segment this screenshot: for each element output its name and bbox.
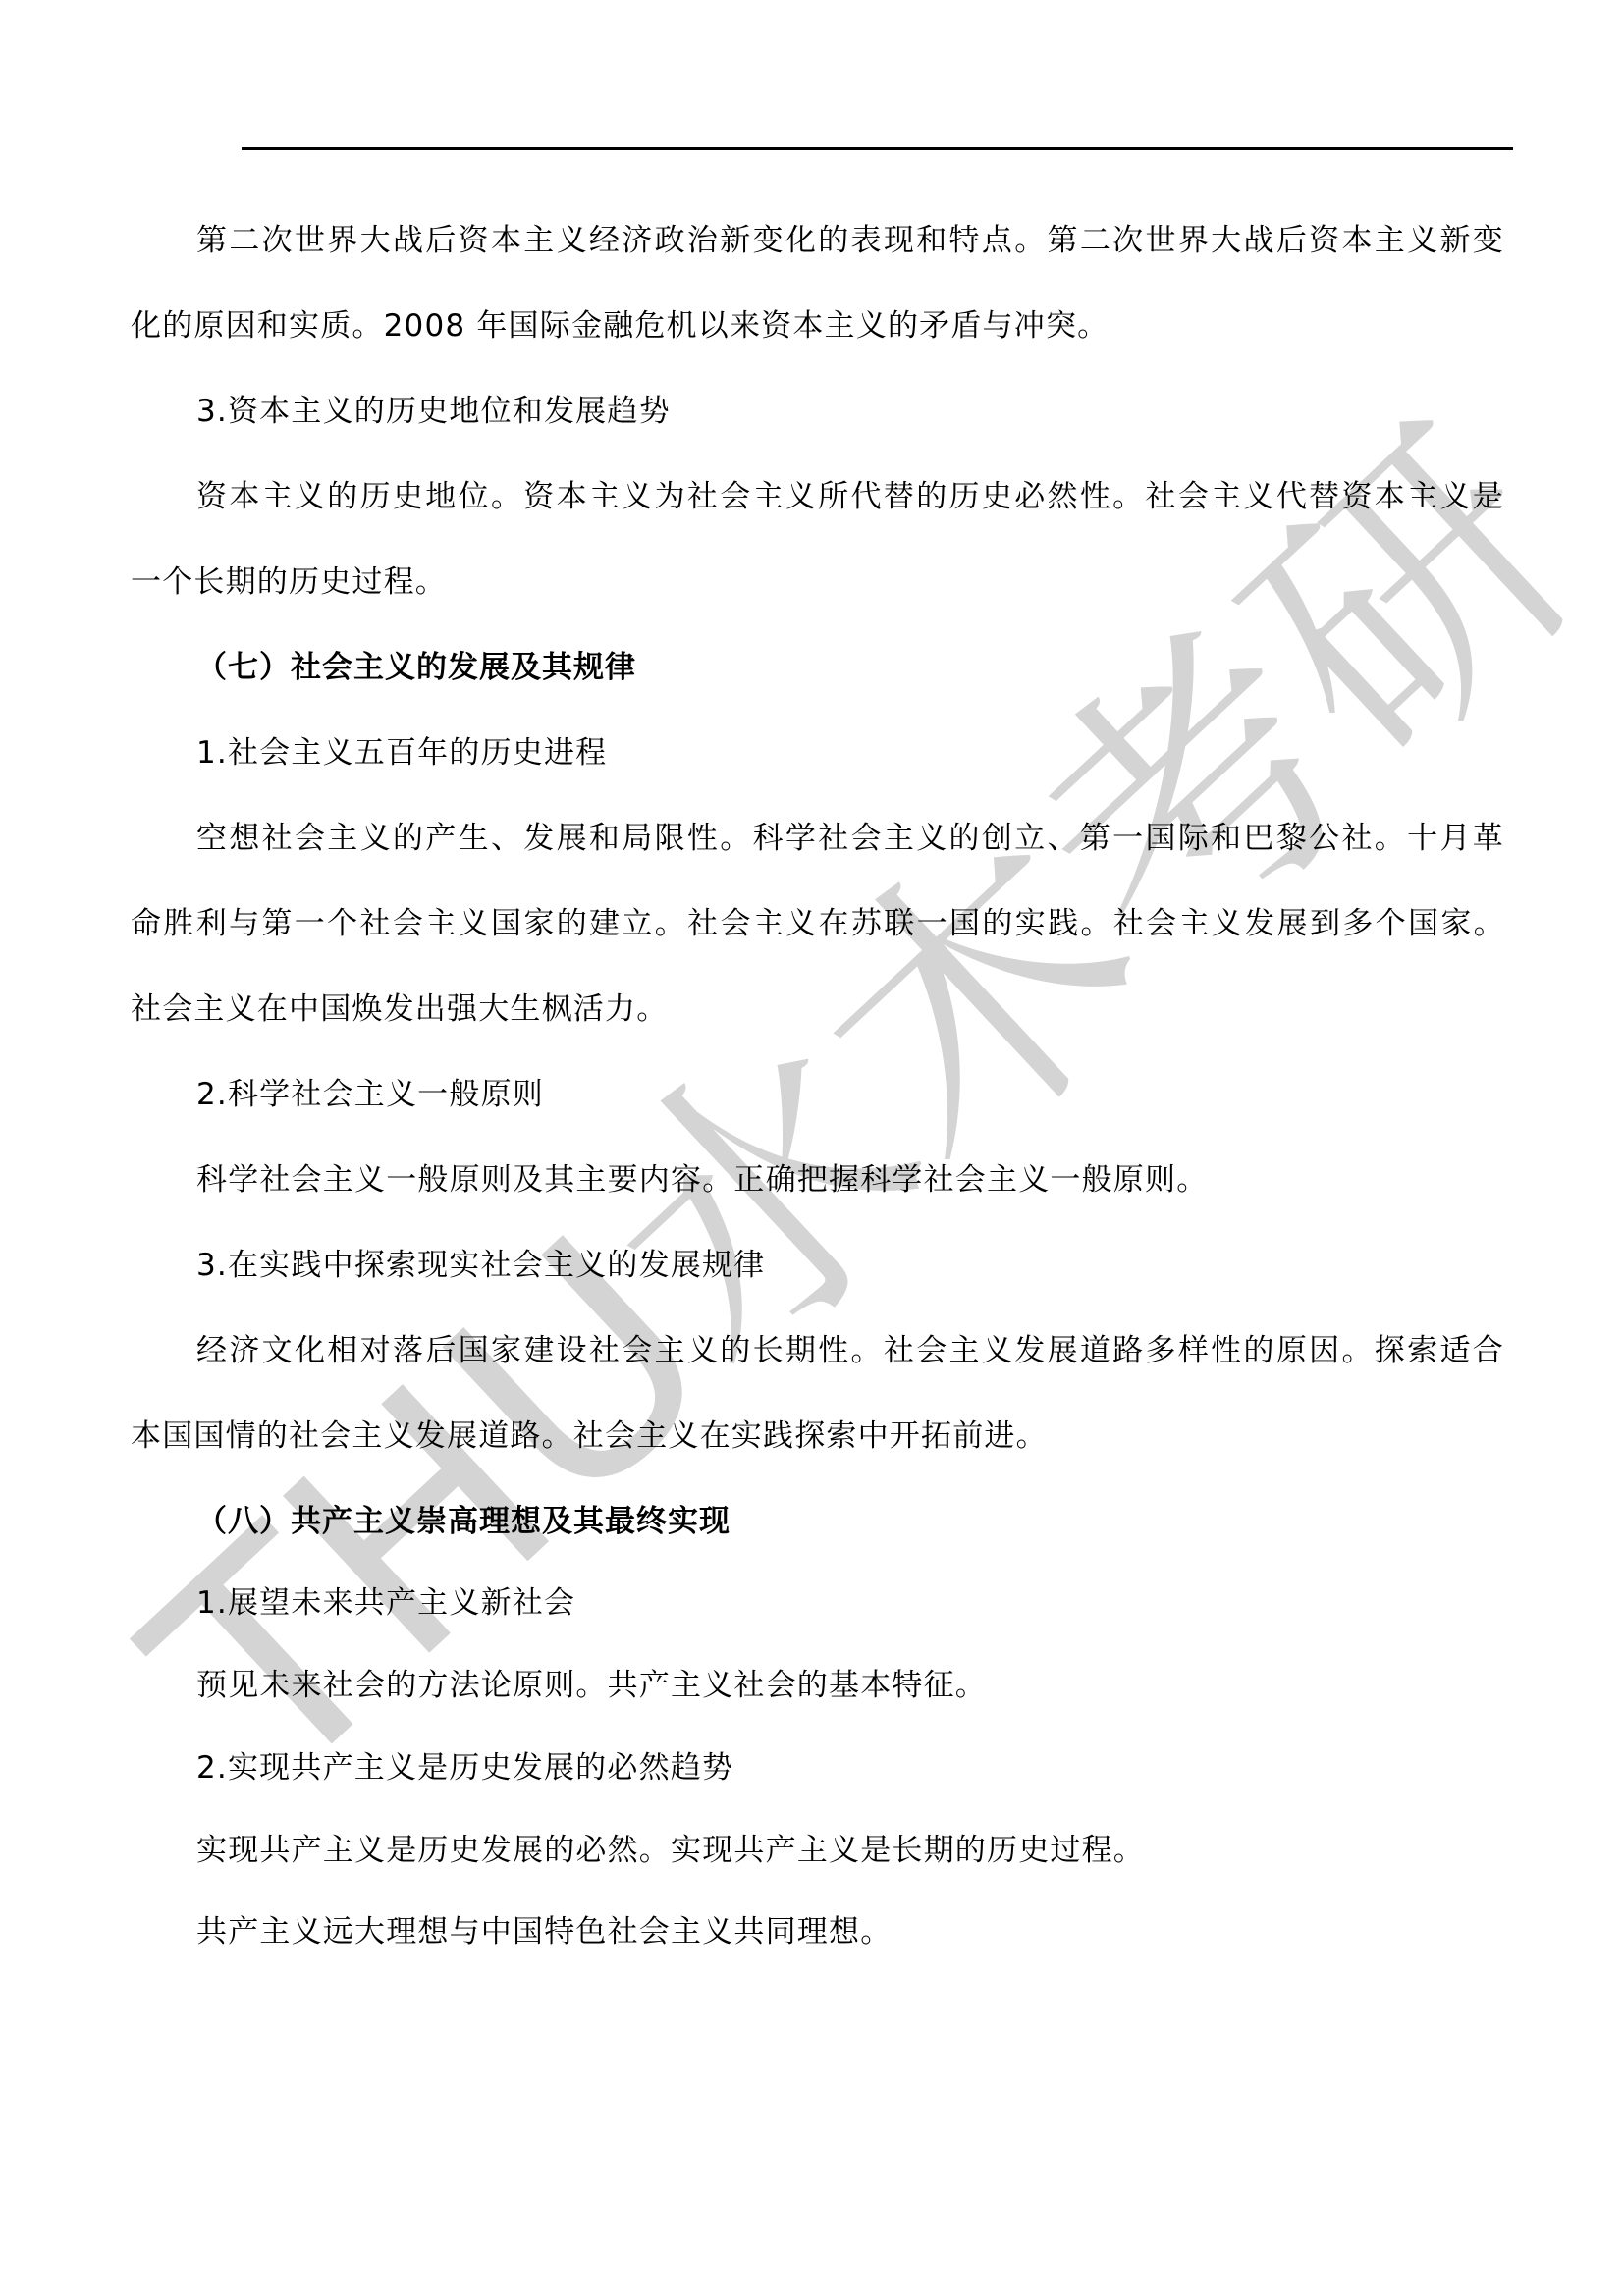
paragraph-line: 共产主义远大理想与中国特色社会主义共同理想。: [196, 1912, 892, 1951]
paragraph-line: 空想社会主义的产生、发展和局限性。科学社会主义的创立、第一国际和巴黎公社。十月革: [196, 819, 1504, 858]
paragraph-line: 预见未来社会的方法论原则。共产主义社会的基本特征。: [196, 1666, 987, 1705]
header-rule: [242, 147, 1513, 150]
subheading: 3.资本主义的历史地位和发展趋势: [196, 392, 671, 431]
paragraph-line: 科学社会主义一般原则及其主要内容。正确把握科学社会主义一般原则。: [196, 1160, 1208, 1200]
paragraph-line: 社会主义在中国焕发出强大生枫活力。: [131, 989, 668, 1029]
document-page: THU水木考研 第二次世界大战后资本主义经济政治新变化的表现和特点。第二次世界大…: [0, 0, 1624, 2296]
paragraph-line: 一个长期的历史过程。: [131, 562, 447, 602]
subheading: 2.科学社会主义一般原则: [196, 1075, 544, 1114]
subheading: 1.社会主义五百年的历史进程: [196, 733, 607, 773]
subheading: 1.展望未来共产主义新社会: [196, 1583, 575, 1623]
paragraph-line: 命胜利与第一个社会主义国家的建立。社会主义在苏联一国的实践。社会主义发展到多个国…: [131, 904, 1505, 943]
subheading: 2.实现共产主义是历史发展的必然趋势: [196, 1748, 733, 1788]
section-heading: （八）共产主义崇高理想及其最终实现: [196, 1502, 731, 1541]
section-heading: （七）社会主义的发展及其规律: [196, 648, 636, 687]
paragraph-line: 第二次世界大战后资本主义经济政治新变化的表现和特点。第二次世界大战后资本主义新变: [196, 221, 1504, 260]
subheading: 3.在实践中探索现实社会主义的发展规律: [196, 1246, 765, 1285]
paragraph-line: 本国国情的社会主义发展道路。社会主义在实践探索中开拓前进。: [131, 1416, 1048, 1456]
paragraph-line: 经济文化相对落后国家建设社会主义的长期性。社会主义发展道路多样性的原因。探索适合: [196, 1331, 1504, 1370]
paragraph-line: 实现共产主义是历史发展的必然。实现共产主义是长期的历史过程。: [196, 1831, 1145, 1870]
paragraph-line: 资本主义的历史地位。资本主义为社会主义所代替的历史必然性。社会主义代替资本主义是: [196, 477, 1504, 516]
paragraph-line: 化的原因和实质。2008 年国际金融危机以来资本主义的矛盾与冲突。: [131, 306, 1109, 346]
